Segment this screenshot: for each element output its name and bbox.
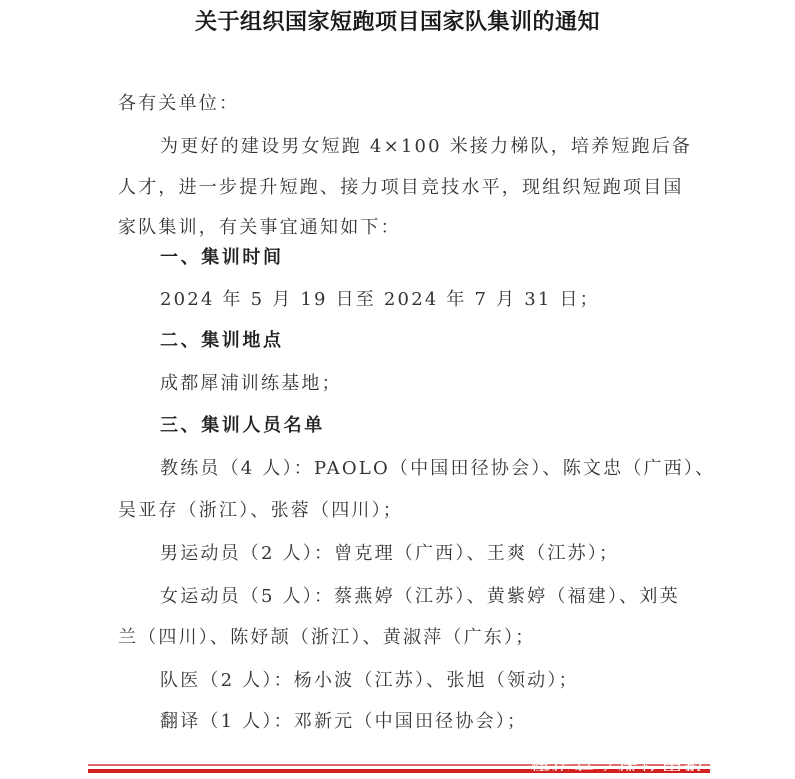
roster-male-athletes: 男运动员（2 人）：曾克理（广西）、王爽（江苏）； [160, 541, 619, 567]
document-page: 关于组织国家短跑项目国家队集训的通知 各有关单位： 为更好的建设男女短跑 4×1… [0, 0, 795, 779]
training-dates: 2024 年 5 月 19 日至 2024 年 7 月 31 日； [160, 287, 600, 313]
intro-line-2: 人才，进一步提升短跑、接力项目竞技水平，现组织短跑项目国 [118, 175, 684, 201]
roster-team-doctors: 队医（2 人）：杨小波（江苏）、张旭（领动）； [160, 668, 579, 694]
roster-translator: 翻译（1 人）：邓新元（中国田径协会）； [160, 709, 527, 735]
roster-female-athletes-line-2: 兰（四川）、陈妤颉（浙江）、黄淑萍（广东）； [118, 625, 535, 651]
roster-coaches-line-2: 吴亚存（浙江）、张蓉（四川）； [118, 498, 403, 524]
training-location: 成都犀浦训练基地； [160, 371, 342, 397]
section-heading-time: 一、集训时间 [160, 245, 284, 271]
document-title: 关于组织国家短跑项目国家队集训的通知 [0, 8, 795, 38]
roster-female-athletes-line-1: 女运动员（5 人）：蔡燕婷（江苏）、黄紫婷（福建）、刘英 [160, 584, 680, 610]
watermark-text: 快传号／体坛中枢 [530, 757, 712, 771]
roster-coaches-line-1: 教练员（4 人）：PAOLO（中国田径协会）、陈文忠（广西）、 [160, 456, 715, 482]
section-heading-location: 二、集训地点 [160, 328, 284, 354]
salutation: 各有关单位： [118, 91, 239, 117]
section-heading-roster: 三、集训人员名单 [160, 413, 325, 439]
intro-line-1: 为更好的建设男女短跑 4×100 米接力梯队，培养短跑后备 [160, 134, 692, 160]
intro-line-3: 家队集训，有关事宜通知如下： [118, 215, 401, 241]
